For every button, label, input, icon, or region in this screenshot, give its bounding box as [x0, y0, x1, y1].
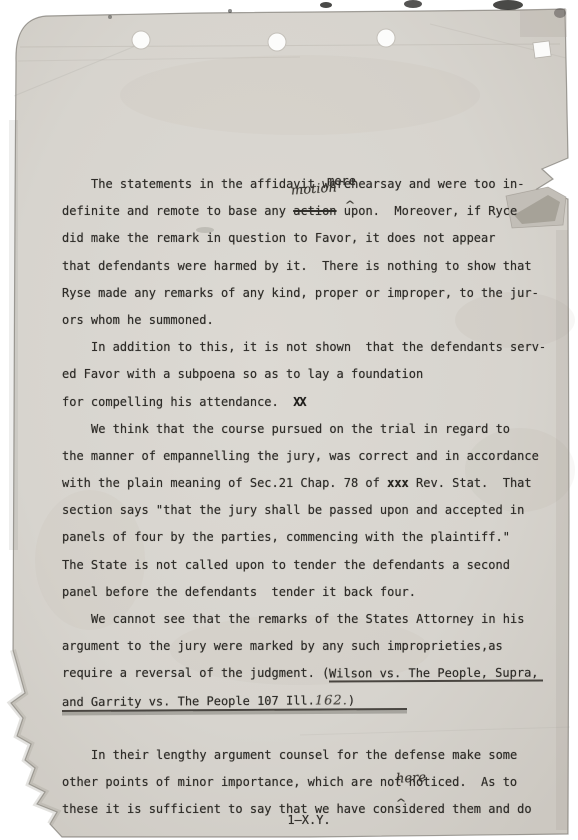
overstruck-xx: XX — [293, 395, 305, 409]
caret-mark: ^ — [346, 201, 355, 211]
smudge — [404, 0, 422, 8]
stain — [120, 55, 480, 135]
typed-line: Ryse made any remarks of any kind, prope… — [62, 280, 556, 307]
smudge — [320, 2, 332, 8]
typed-line: the manner of empannelling the jury, was… — [62, 443, 556, 470]
line-text: upon. Moreover, if Ryce — [337, 204, 518, 218]
line-text: panels of four by the parties, commencin… — [62, 530, 510, 544]
tear-hole — [533, 41, 551, 58]
typed-line: We think that the course pursued on the … — [62, 416, 556, 443]
typed-line: that defendants were harmed by it. There… — [62, 253, 556, 280]
typed-line: for compelling his attendance. XX — [62, 389, 556, 416]
handwritten-insertion: here — [395, 771, 426, 786]
line-text: hearsay and were too in- — [351, 177, 524, 191]
typed-line: In their lengthy argument counsel for th… — [62, 742, 556, 769]
typed-line: other points of minor importance, which … — [62, 769, 556, 796]
line-text: with the plain meaning of Sec.21 Chap. 7… — [62, 476, 387, 490]
line-text: for compelling his attendance. — [62, 395, 293, 409]
typed-line: argument to the jury were marked by any … — [62, 633, 556, 660]
typed-line: did make the remark in question to Favor… — [62, 225, 556, 252]
typewritten-page: The statements in the affidavit were^mer… — [62, 171, 556, 824]
typed-line: require a reversal of the judgment. (Wil… — [62, 660, 556, 687]
underlined-citation: Wilson vs. The People, Supra, — [329, 666, 543, 683]
handwritten-correction: motion — [291, 182, 338, 198]
overstruck-xxx: xxx — [387, 476, 409, 490]
typed-line: definite and remote to base any actionmo… — [62, 198, 556, 225]
typed-line: ors whom he summoned. — [62, 307, 556, 334]
blank-line — [62, 715, 556, 742]
typed-line: In addition to this, it is not shown tha… — [62, 334, 556, 361]
line-text: ed Favor with a subpoena so as to lay a … — [62, 367, 423, 381]
line-text: ors whom he summoned. — [62, 313, 214, 327]
typed-line: with the plain meaning of Sec.21 Chap. 7… — [62, 470, 556, 497]
smudge — [554, 8, 566, 18]
line-text: definite and remote to base any — [62, 204, 293, 218]
typed-line: ed Favor with a subpoena so as to lay a … — [62, 361, 556, 388]
typed-line: panels of four by the parties, commencin… — [62, 524, 556, 551]
caret-mark: ^ — [396, 799, 405, 809]
line-text: Rev. Stat. That — [409, 476, 532, 490]
handwritten-page-number: 162. — [315, 693, 348, 708]
smudge — [108, 15, 112, 19]
typed-line: panel before the defendants tender it ba… — [62, 579, 556, 606]
line-text: Ryse made any remarks of any kind, prope… — [62, 286, 539, 300]
line-text: We think that the course pursued on the … — [91, 422, 510, 436]
underlined-citation: and Garrity vs. The People 107 Ill.162.) — [62, 693, 407, 712]
smudge — [493, 0, 523, 10]
typed-line: section says "that the jury shall be pas… — [62, 497, 556, 524]
line-text: In addition to this, it is not shown tha… — [91, 340, 546, 354]
line-text: and Garrity vs. The People 107 Ill. — [62, 693, 315, 709]
struck-word: action — [293, 204, 336, 218]
typed-line: We cannot see that the remarks of the St… — [62, 606, 556, 633]
line-text: argument to the jury were marked by any … — [62, 639, 503, 653]
line-text: the manner of empannelling the jury, was… — [62, 449, 539, 463]
typed-line: and Garrity vs. The People 107 Ill.162.) — [62, 688, 556, 715]
punch-hole — [132, 31, 150, 49]
edge-shadow-left — [9, 120, 18, 550]
line-text: In their lengthy argument counsel for th… — [91, 748, 517, 762]
line-text: The State is not called upon to tender t… — [62, 558, 510, 572]
struck-word-wrap: actionmotion — [293, 198, 336, 225]
line-text: other points of minor importance, which … — [62, 775, 402, 789]
line-text: ) — [348, 693, 355, 707]
punch-hole — [377, 29, 395, 47]
line-text: did make the remark in question to Favor… — [62, 231, 495, 245]
line-text: panel before the defendants tender it ba… — [62, 585, 416, 599]
line-text: that defendants were harmed by it. There… — [62, 259, 532, 273]
punch-hole — [268, 33, 286, 51]
line-text: require a reversal of the judgment. ( — [62, 666, 329, 680]
line-text: We cannot see that the remarks of the St… — [91, 612, 524, 626]
edge-shadow-right — [556, 230, 568, 830]
typed-line: The State is not called upon to tender t… — [62, 552, 556, 579]
page-footer: 1—X.Y. — [62, 813, 556, 827]
smudge — [228, 9, 232, 13]
line-text: section says "that the jury shall be pas… — [62, 503, 524, 517]
